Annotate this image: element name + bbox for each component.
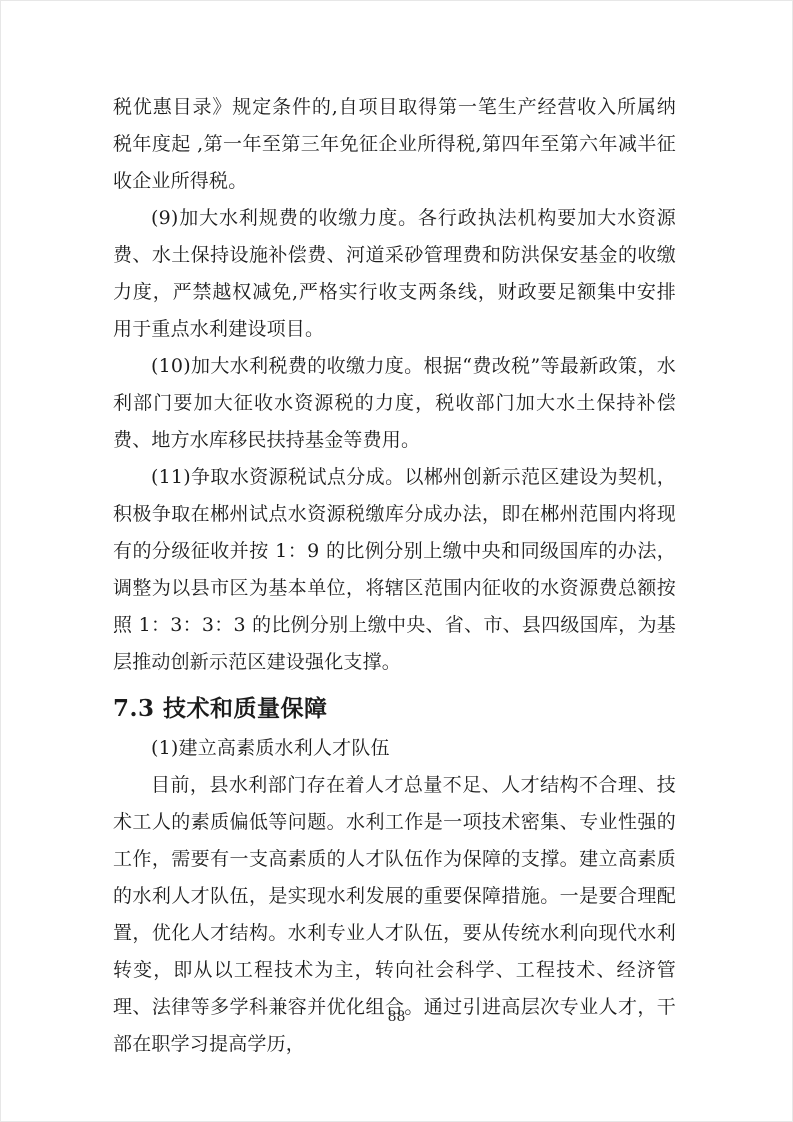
paragraph: 税优惠目录》规定条件的,自项目取得第一笔生产经营收入所属纳税年度起 ,第一年至第…: [113, 89, 676, 200]
paragraph: (1)建立高素质水利人才队伍: [113, 730, 676, 767]
paragraph: (10)加大水利税费的收缴力度。根据“费改税”等最新政策，水利部门要加大征收水资…: [113, 348, 676, 459]
document-body: 税优惠目录》规定条件的,自项目取得第一笔生产经营收入所属纳税年度起 ,第一年至第…: [113, 89, 676, 1063]
document-page: 税优惠目录》规定条件的,自项目取得第一笔生产经营收入所属纳税年度起 ,第一年至第…: [0, 0, 793, 1122]
paragraph: (9)加大水利规费的收缴力度。各行政执法机构要加大水资源费、水土保持设施补偿费、…: [113, 200, 676, 348]
page-number: 88: [1, 1009, 792, 1025]
section-heading: 7.3 技术和质量保障: [113, 687, 676, 730]
paragraph: (11)争取水资源税试点分成。以郴州创新示范区建设为契机，积极争取在郴州试点水资…: [113, 459, 676, 681]
